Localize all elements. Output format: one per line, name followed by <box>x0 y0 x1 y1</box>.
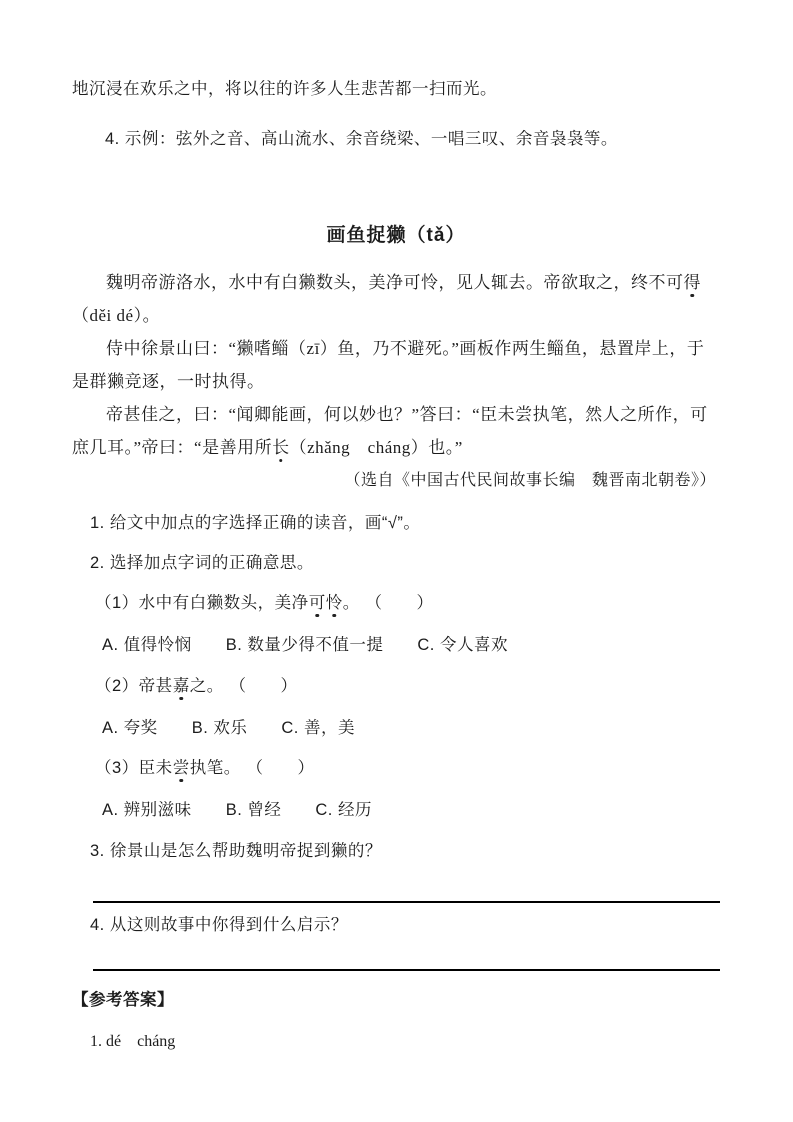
article-title: 画鱼捉獭（tǎ） <box>72 222 720 250</box>
answer-blank-2: （ ） <box>238 677 298 695</box>
answer-blank-1: （ ） <box>374 594 434 612</box>
answer-rule-2 <box>93 969 720 971</box>
dotted-char-ke: 可 <box>309 594 326 612</box>
option-1b: B. 数量少得不值一提 <box>226 634 384 656</box>
question-1: 1. 给文中加点的字选择正确的读音，画“√”。 <box>90 512 720 534</box>
option-3c: C. 经历 <box>315 799 372 821</box>
options-row-1: A. 值得怜悯 B. 数量少得不值一提 C. 令人喜欢 <box>102 634 720 656</box>
reference-answers-header: 【参考答案】 <box>72 989 720 1011</box>
dotted-char-jia: 嘉 <box>173 677 190 695</box>
options-row-2: A. 夸奖 B. 欢乐 C. 善，美 <box>102 717 720 739</box>
previous-answer-text: 4. 示例：弦外之音、高山流水、余音绕梁、一唱三叹、余音袅袅等。 <box>72 128 720 150</box>
option-2c: C. 善，美 <box>281 717 355 739</box>
passage-paragraph-2: 侍中徐景山曰：“獭嗜鲻（zī）鱼，乃不避死。”画板作两生鲻鱼，悬置岸上，于是群獭… <box>72 332 720 398</box>
continuation-text: 地沉浸在欢乐之中，将以往的许多人生悲苦都一扫而光。 <box>72 78 720 100</box>
answer-rule-1 <box>93 901 720 903</box>
question-4: 4. 从这则故事中你得到什么启示？ <box>90 914 720 936</box>
question-3: 3. 徐景山是怎么帮助魏明帝捉到獭的？ <box>90 840 720 862</box>
dotted-char-de: 得 <box>684 273 702 292</box>
dotted-char-chang: 长 <box>272 438 290 457</box>
option-1c: C. 令人喜欢 <box>417 634 508 656</box>
options-row-3: A. 辨别滋味 B. 曾经 C. 经历 <box>102 799 720 821</box>
passage-paragraph-1: 魏明帝游洛水，水中有白獭数头，美净可怜，见人辄去。帝欲取之，终不可得（děi d… <box>72 266 720 332</box>
dotted-char-lian: 怜 <box>326 594 343 612</box>
answer-blank-3: （ ） <box>255 759 315 777</box>
question-2: 2. 选择加点字词的正确意思。 <box>90 552 720 574</box>
sub-question-3-stem: （3）臣未尝执笔。（ ） <box>95 757 720 779</box>
sub-question-1-stem: （1）水中有白獭数头，美净可怜。（ ） <box>95 592 720 614</box>
reference-answer-1: 1. dé cháng <box>90 1031 720 1053</box>
option-3a: A. 辨别滋味 <box>102 799 192 821</box>
dotted-char-chang2: 尝 <box>173 759 190 777</box>
option-1a: A. 值得怜悯 <box>102 634 192 656</box>
option-3b: B. 曾经 <box>226 799 282 821</box>
passage-paragraph-3: 帝甚佳之，曰：“闻卿能画，何以妙也？”答曰：“臣未尝执笔，然人之所作，可庶几耳。… <box>72 398 720 464</box>
reading-passage: 魏明帝游洛水，水中有白獭数头，美净可怜，见人辄去。帝欲取之，终不可得（děi d… <box>72 266 720 497</box>
option-2a: A. 夸奖 <box>102 717 158 739</box>
source-citation: （选自《中国古代民间故事长编 魏晋南北朝卷》） <box>72 464 720 497</box>
option-2b: B. 欢乐 <box>192 717 248 739</box>
worksheet-page: 地沉浸在欢乐之中，将以往的许多人生悲苦都一扫而光。 4. 示例：弦外之音、高山流… <box>0 0 793 1122</box>
sub-question-2-stem: （2）帝甚嘉之。（ ） <box>95 675 720 697</box>
